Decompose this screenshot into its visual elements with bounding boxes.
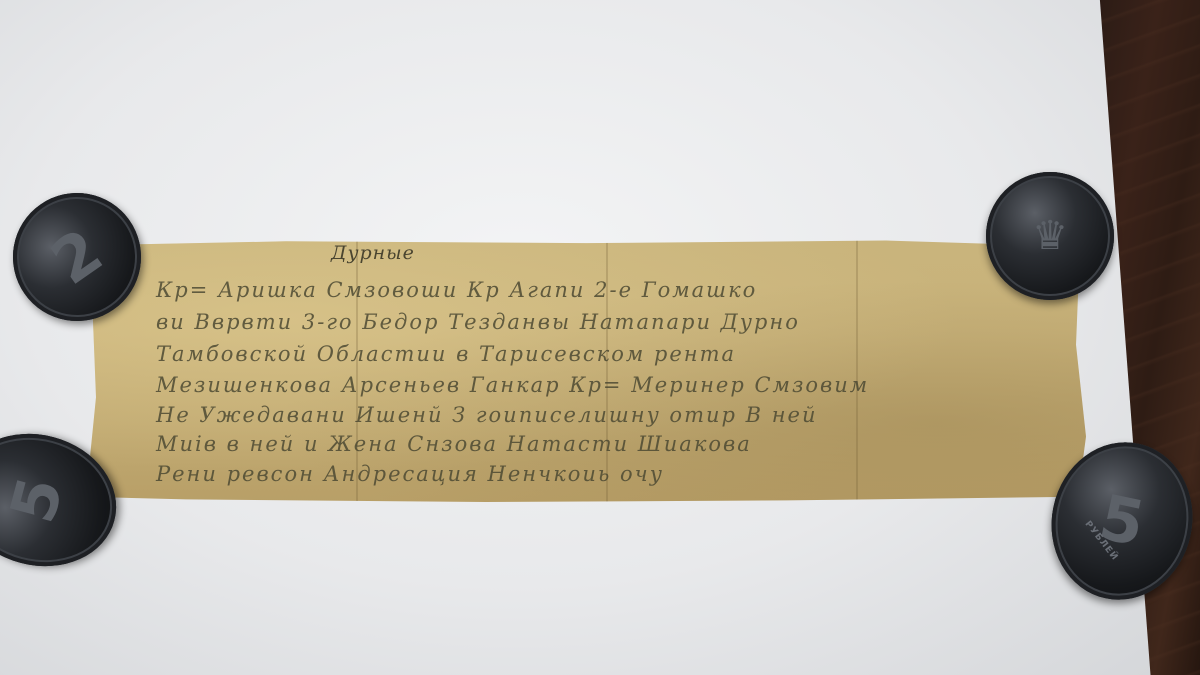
coin-top-right: ♛ — [986, 172, 1114, 300]
paper-fold — [856, 240, 858, 502]
note-line-5: Не Ужедавани Ишенй З гоиписелишну отир В… — [156, 403, 818, 427]
note-heading: Дурные — [331, 242, 415, 264]
note-line-3: Тамбовской Областии в Тарисевском рента — [156, 342, 736, 366]
coin-denomination: 2 — [42, 219, 113, 295]
note-line-7: Рени ревсон Андресация Ненчкоиь очу — [156, 462, 664, 486]
double-headed-eagle-icon: ♛ — [1032, 216, 1068, 256]
note-line-6: Миів в ней и Жена Снзова Натасти Шиакова — [156, 432, 752, 456]
handwritten-note: Дурные Кр= Аришка Смзовоши Кр Агапи 2-е … — [86, 240, 1086, 502]
note-line-1: Кр= Аришка Смзовоши Кр Агапи 2-е Гомашко — [156, 278, 757, 302]
coin-denomination: 5 — [1, 471, 72, 529]
note-line-2: ви Вврвти 3-го Бедор Тезданвы Натапари Д… — [156, 310, 800, 334]
note-line-4: Мезишенкова Арсеньев Ганкар Кр= Меринер … — [156, 373, 869, 397]
